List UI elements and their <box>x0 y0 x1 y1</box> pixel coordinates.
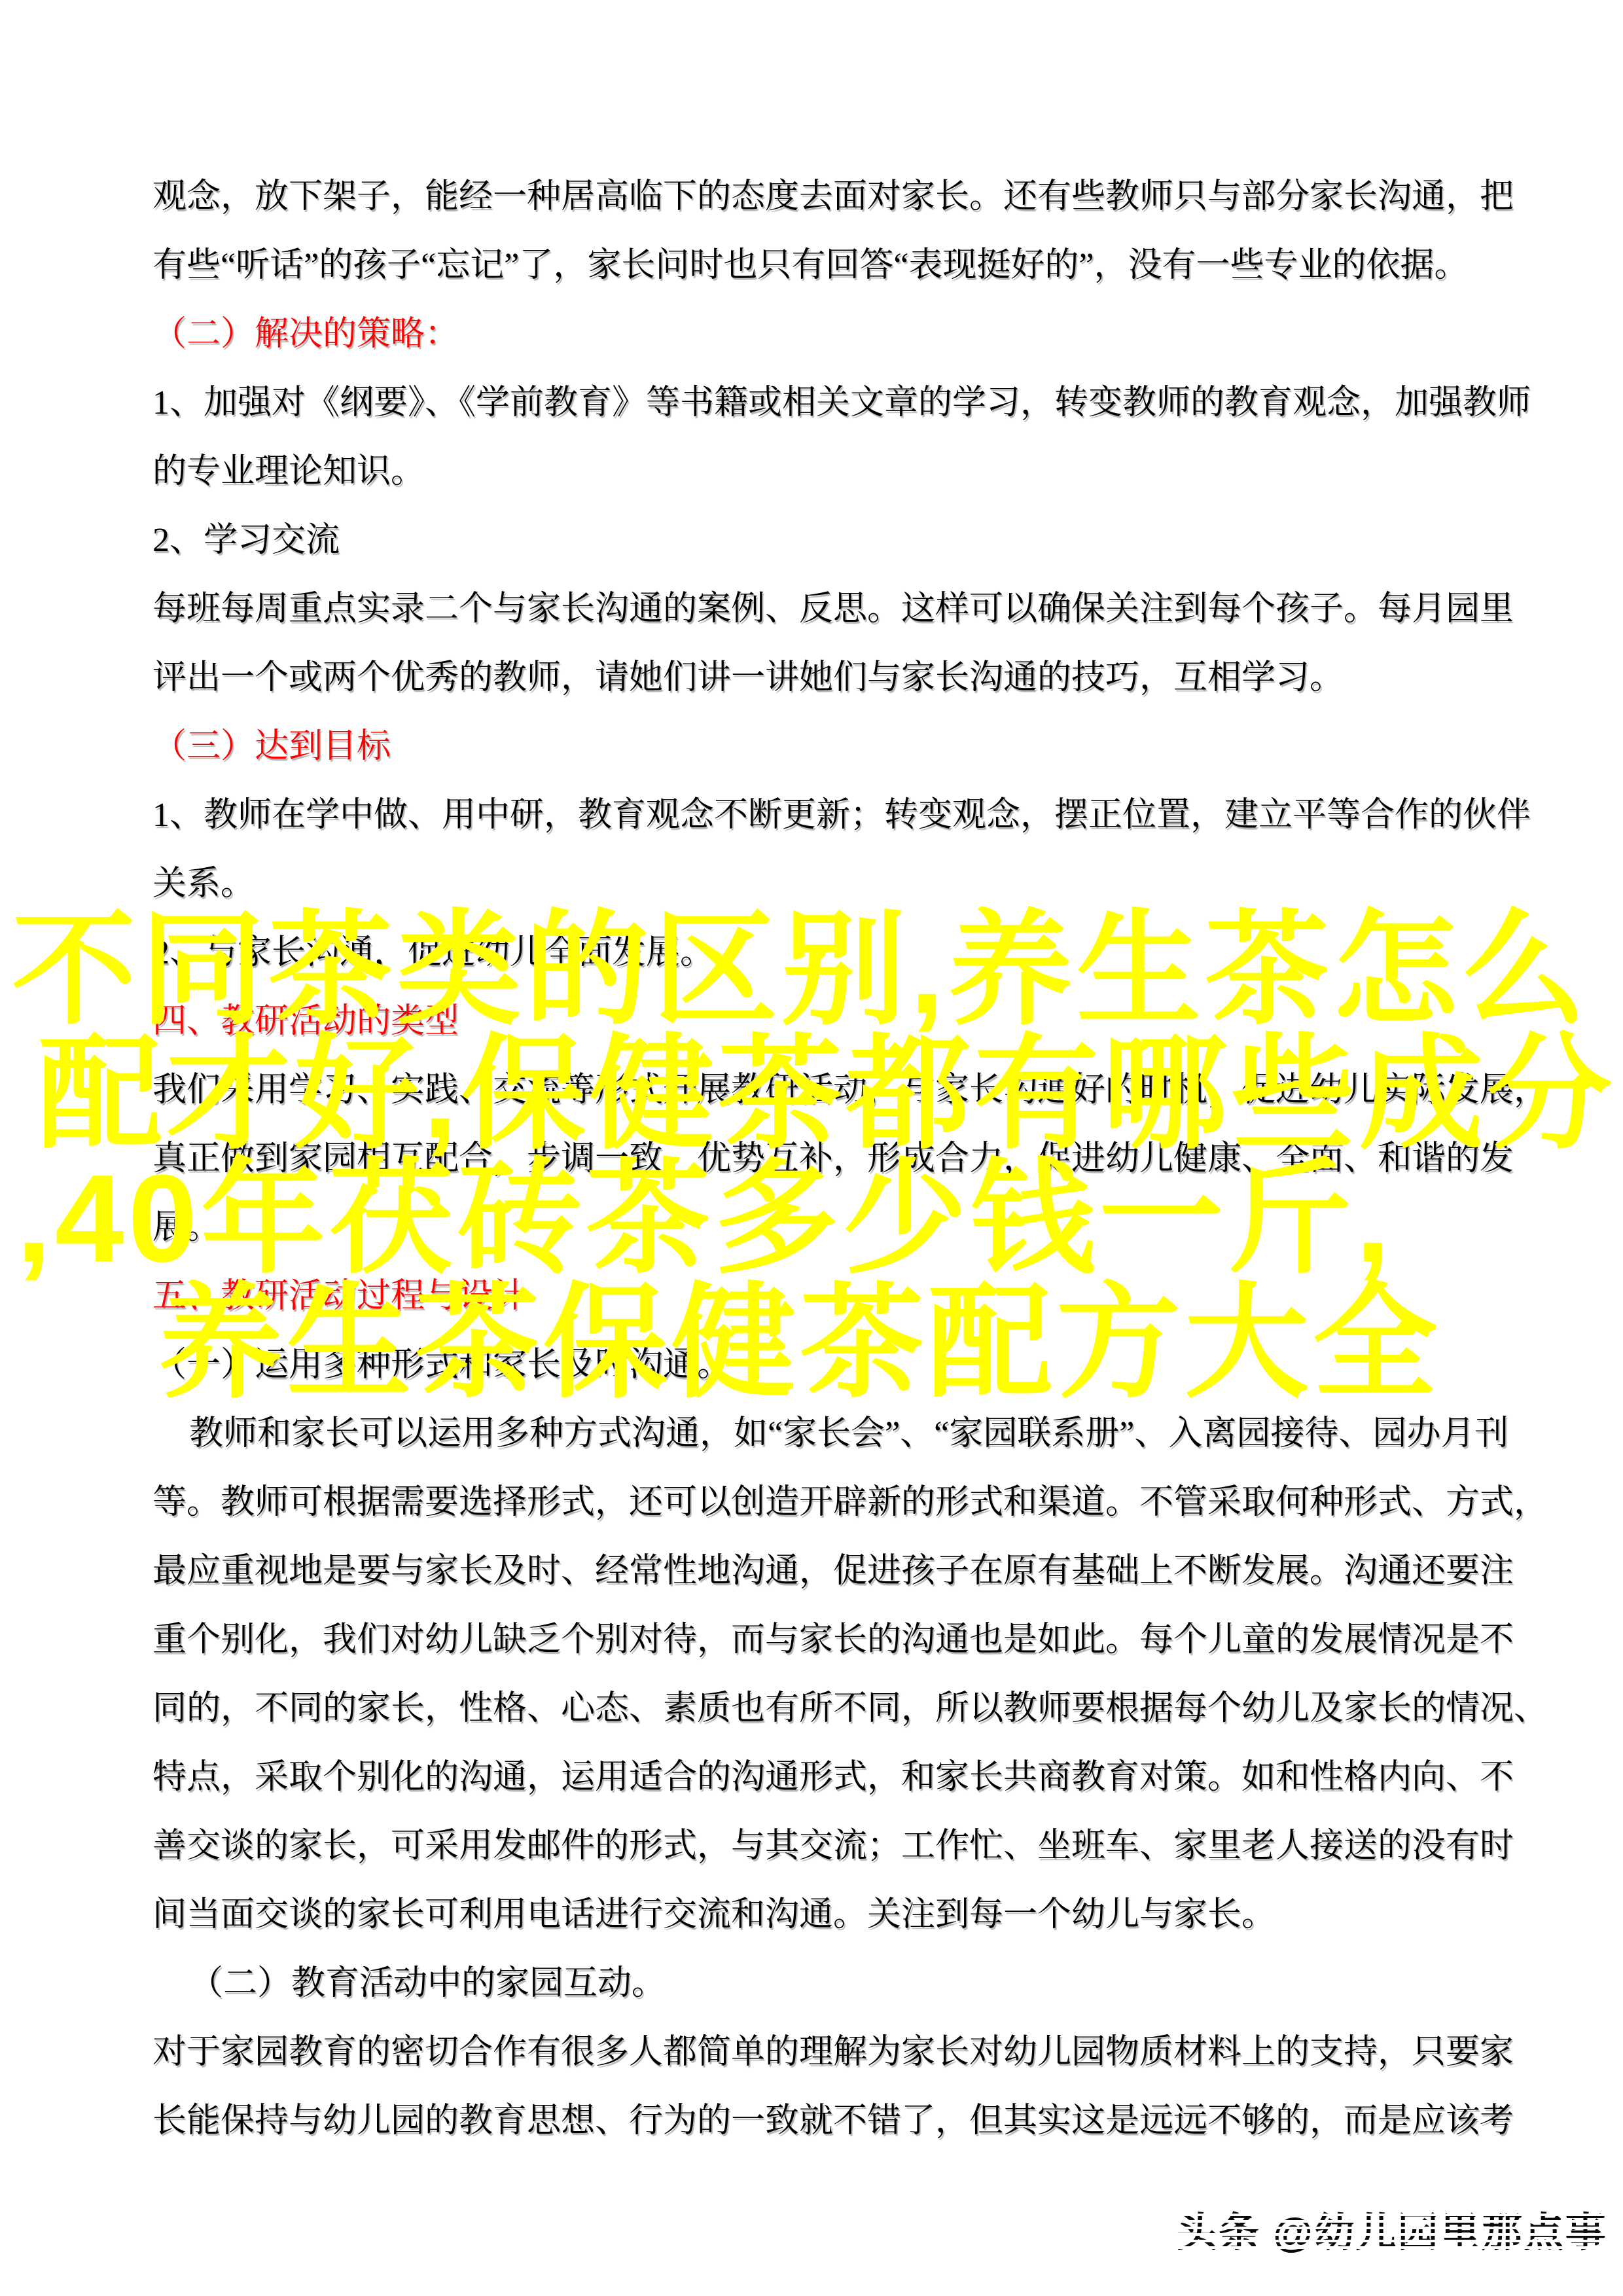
document-text-line: 评出一个或两个优秀的教师，请她们讲一讲她们与家长沟通的技巧，互相学习。 <box>152 643 1514 712</box>
document-text-line: 善交谈的家长，可采用发邮件的形式，与其交流；工作忙、坐班车、家里老人接送的没有时 <box>152 1812 1514 1880</box>
document-heading-line: （三）达到目标 <box>152 712 1514 781</box>
document-text-line: 间当面交谈的家长可利用电话进行交流和沟通。关注到每一个幼儿与家长。 <box>152 1880 1514 1949</box>
document-text-line: 对于家园教育的密切合作有很多人都简单的理解为家长对幼儿园物质材料上的支持，只要家 <box>152 2018 1514 2087</box>
overlay-title-line-4: 养生茶保健茶配方大全 <box>158 1281 1441 1405</box>
document-text-line: 1、教师在学中做、用中研，教育观念不断更新；转变观念，摆正位置，建立平等合作的伙… <box>152 781 1514 850</box>
document-text-line: （二）教育活动中的家园互动。 <box>152 1949 1514 2018</box>
overlay-title-line-3: ,40年茯砖茶多少钱一斤, <box>16 1157 1394 1281</box>
document-text-line: 特点，采取个别化的沟通，运用适合的沟通形式，和家长共商教育对策。如和性格内向、不 <box>152 1743 1514 1812</box>
watermark-text: 头条 @幼儿园里那点事 <box>1177 2207 1607 2259</box>
document-page: 观念，放下架子，能经一种居高临下的态度去面对家长。还有些教师只与部分家长沟通，把… <box>0 0 1623 2296</box>
document-text-line: 长能保持与幼儿园的教育思想、行为的一致就不错了，但其实这是远远不够的，而是应该考 <box>152 2087 1514 2155</box>
document-heading-line: （二）解决的策略： <box>152 300 1514 368</box>
document-text-line: 等。教师可根据需要选择形式，还可以创造开辟新的形式和渠道。不管采取何种形式、方式… <box>152 1468 1514 1537</box>
document-text-line: 重个别化，我们对幼儿缺乏个别对待，而与家长的沟通也是如此。每个儿童的发展情况是不 <box>152 1605 1514 1674</box>
document-text-line: 有些“听话”的孩子“忘记”了，家长问时也只有回答“表现挺好的”，没有一些专业的依… <box>152 231 1514 300</box>
overlay-title-line-2: 配才好,保健茶都有哪些成分 <box>38 1032 1616 1157</box>
document-text-line: 1、加强对《纲要》、《学前教育》等书籍或相关文章的学习，转变教师的教育观念，加强… <box>152 368 1514 437</box>
document-text-line: 同的，不同的家长，性格、心态、素质也有所不同，所以教师要根据每个幼儿及家长的情况… <box>152 1674 1514 1743</box>
overlay-title-line-1: 不同茶类的区别,养生茶怎么 <box>12 908 1590 1032</box>
document-text-line: 的专业理论知识。 <box>152 437 1514 506</box>
document-text-line: 观念，放下架子，能经一种居高临下的态度去面对家长。还有些教师只与部分家长沟通，把 <box>152 162 1514 231</box>
document-text-line: 最应重视地是要与家长及时、经常性地沟通，促进孩子在原有基础上不断发展。沟通还要注 <box>152 1537 1514 1605</box>
document-text-line: 2、学习交流 <box>152 506 1514 575</box>
document-text-line: 每班每周重点实录二个与家长沟通的案例、反思。这样可以确保关注到每个孩子。每月园里 <box>152 575 1514 643</box>
